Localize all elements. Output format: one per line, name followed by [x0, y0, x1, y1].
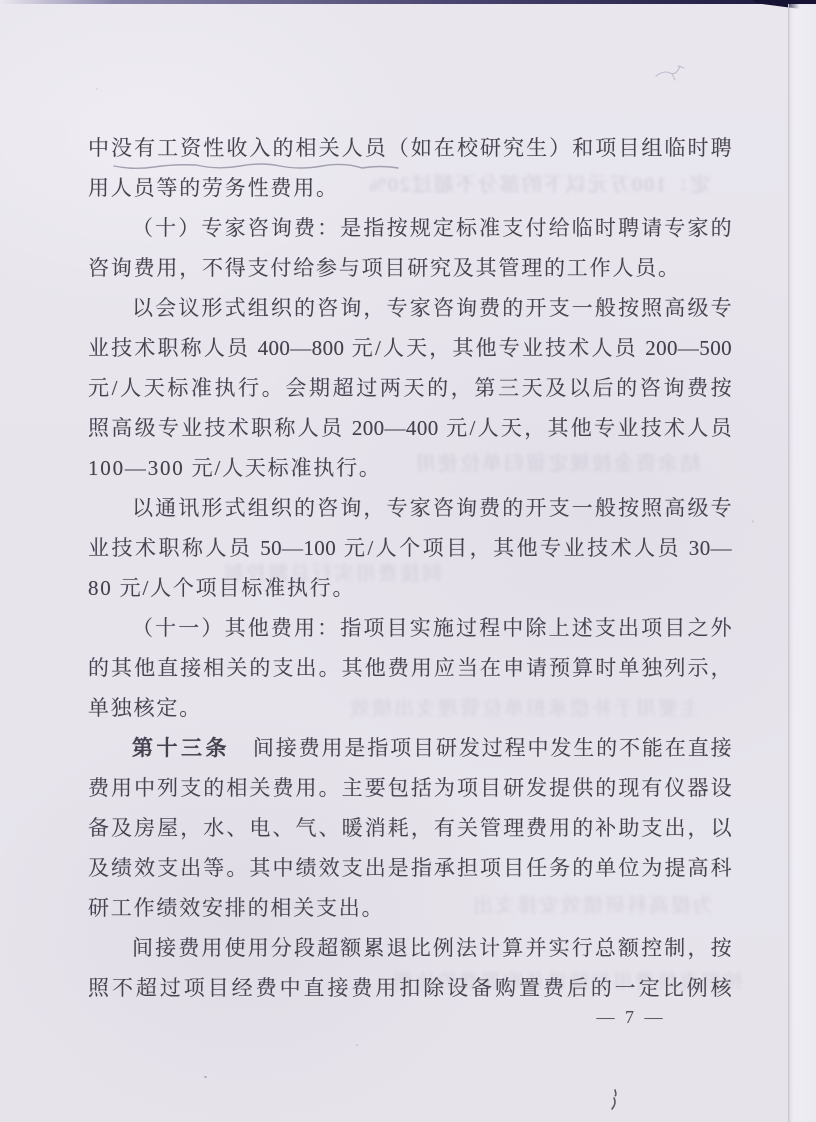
page-number: — 7 — [576, 1003, 686, 1031]
text-line: 以通讯形式组织的咨询，专家咨询费的开支一般按照高级专 [88, 488, 732, 528]
text-line: 照高级专业技术职称人员 200—400 元/人天，其他专业技术人员 [88, 408, 732, 448]
text-line: 业技术职称人员 400—800 元/人天，其他专业技术人员 200—500 [88, 328, 732, 368]
article-number: 第十三条 [132, 736, 230, 760]
text-line: 的其他直接相关的支出。其他费用应当在申请预算时单独列示， [88, 648, 732, 688]
text-line: （十一）其他费用：指项目实施过程中除上述支出项目之外 [88, 608, 732, 648]
text-line: （十）专家咨询费：是指按规定标准支付给临时聘请专家的 [88, 208, 732, 248]
paper-speck [204, 1076, 207, 1078]
text-line: 研工作绩效安排的相关支出。 [88, 888, 732, 928]
page-right-edge [788, 4, 816, 1122]
text-line-article-13: 第十三条 间接费用是指项目研发过程中发生的不能在直接 [88, 728, 732, 768]
text-line: 中没有工资性收入的相关人员（如在校研究生）和项目组临时聘 [88, 128, 732, 168]
text-line: 间接费用使用分段超额累退比例法计算并实行总额控制，按 [88, 928, 732, 968]
text-line: 100—300 元/人天标准执行。 [88, 448, 732, 488]
text-line: 用人员等的劳务性费用。 [88, 168, 732, 208]
paper-speck [356, 1044, 358, 1046]
paper-speck [752, 520, 754, 523]
scan-top-edge [0, 0, 816, 4]
ink-speck [608, 1088, 622, 1112]
text-line: 单独核定。 [88, 688, 732, 728]
text-line: 80 元/人个项目标准执行。 [88, 568, 732, 608]
text-line: 元/人天标准执行。会期超过两天的，第三天及以后的咨询费按 [88, 368, 732, 408]
paper-speck [96, 88, 98, 90]
text-line: 备及房屋，水、电、气、暖消耗，有关管理费用的补助支出，以 [88, 808, 732, 848]
text-line: 咨询费用，不得支付给参与项目研究及其管理的工作人员。 [88, 248, 732, 288]
text-line: 费用中列支的相关费用。主要包括为项目研发提供的现有仪器设 [88, 768, 732, 808]
text-line: 照不超过项目经费中直接费用扣除设备购置费后的一定比例核 [88, 968, 732, 1008]
text-line: 以会议形式组织的咨询，专家咨询费的开支一般按照高级专 [88, 288, 732, 328]
document-text-block: 中没有工资性收入的相关人员（如在校研究生）和项目组临时聘 用人员等的劳务性费用。… [88, 128, 732, 1008]
pencil-mark [652, 58, 696, 84]
article-body: 间接费用是指项目研发过程中发生的不能在直接 [230, 736, 732, 760]
text-line: 业技术职称人员 50—100 元/人个项目，其他专业技术人员 30— [88, 528, 732, 568]
text-line: 及绩效支出等。其中绩效支出是指承担项目任务的单位为提高科 [88, 848, 732, 888]
